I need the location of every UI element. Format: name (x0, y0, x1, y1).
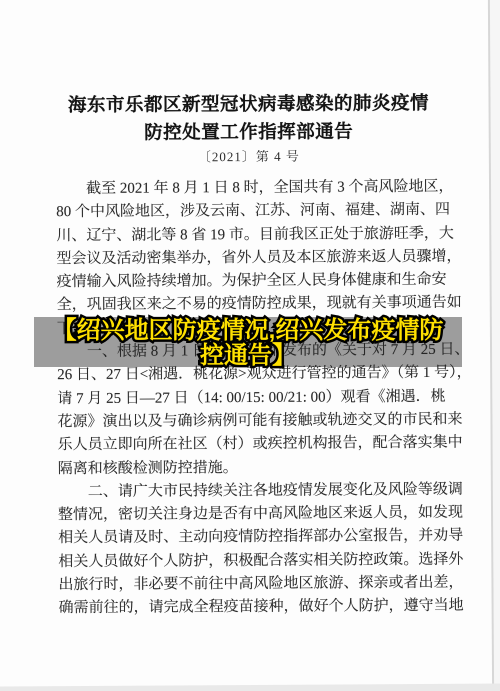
body-text-line: 请 7 月 25 日—27 日（14: 00/15: 00/21: 00）观看《… (57, 385, 448, 411)
caption-line1: 【绍兴地区防疫情况,绍兴发布疫情防 (34, 318, 462, 343)
caption-overlay: 【绍兴地区防疫情况,绍兴发布疫情防 控通告】 (34, 318, 462, 368)
body-text-line: 川、辽宁、湖北等 8 省 19 市。目前我区正处于旅游旺季，大 (56, 222, 447, 248)
document-number: 〔2021〕第 4 号 (0, 144, 499, 166)
document-title-line1: 海东市乐都区新型冠状病毒感染的肺炎疫情 (0, 88, 499, 117)
caption-line2: 控通告】 (34, 343, 462, 368)
body-text-line: 出旅行时，非必要不前往中高风险地区旅游、探亲或者出差， (58, 572, 449, 598)
document-body: 截至 2021 年 8 月 1 日 8 时，全国共有 3 个高风险地区，80 个… (56, 176, 450, 621)
body-text-line: 二、请广大市民持续关注各地疫情发展变化及风险等级调 (58, 479, 449, 505)
body-text-line: 整情况，密切关注身边是否有中高风险地区来返人员，如发现 (58, 502, 449, 528)
body-text-line: 型会议及活动密集举办，省外人员及本区旅游来返人员骤增， (56, 246, 447, 272)
body-text-line: 花源》演出以及与确诊病例可能有接触或轨迹交叉的市民和来 (57, 409, 448, 435)
body-text-line: 确需前往的，请完成全程疫苗接种，做好个人防护，遵守当地 (59, 595, 450, 621)
screenshot-root: 海东市乐都区新型冠状病毒感染的肺炎疫情 防控处置工作指挥部通告 〔2021〕第 … (0, 0, 500, 691)
body-text-line: 截至 2021 年 8 月 1 日 8 时，全国共有 3 个高风险地区， (56, 176, 447, 202)
body-text-line: 相关人员做好个人防护，积极配合落实相关防控政策。选择外 (58, 549, 449, 575)
body-text-line: 全，巩固我区来之不易的疫情防控成果，现就有关事项通告如 (57, 292, 448, 318)
body-text-line: 隔离和核酸检测防控措施。 (58, 455, 449, 481)
body-text-line: 乐人员立即向所在社区（村）或疾控机构报告，配合落实集中 (58, 432, 449, 458)
scan-page-edge-bottom (0, 683, 500, 691)
body-text-line: 疫情输入风险持续增加。为保护全区人民身体健康和生命安 (57, 269, 448, 295)
body-text-line: 80 个中风险地区，涉及云南、江苏、河南、福建、湖南、四 (56, 199, 447, 225)
body-text-line: 相关人员请及时、主动向疫情防控指挥部办公室报告，并劝导 (58, 525, 449, 551)
document-title-line2: 防控处置工作指挥部通告 (0, 116, 499, 145)
